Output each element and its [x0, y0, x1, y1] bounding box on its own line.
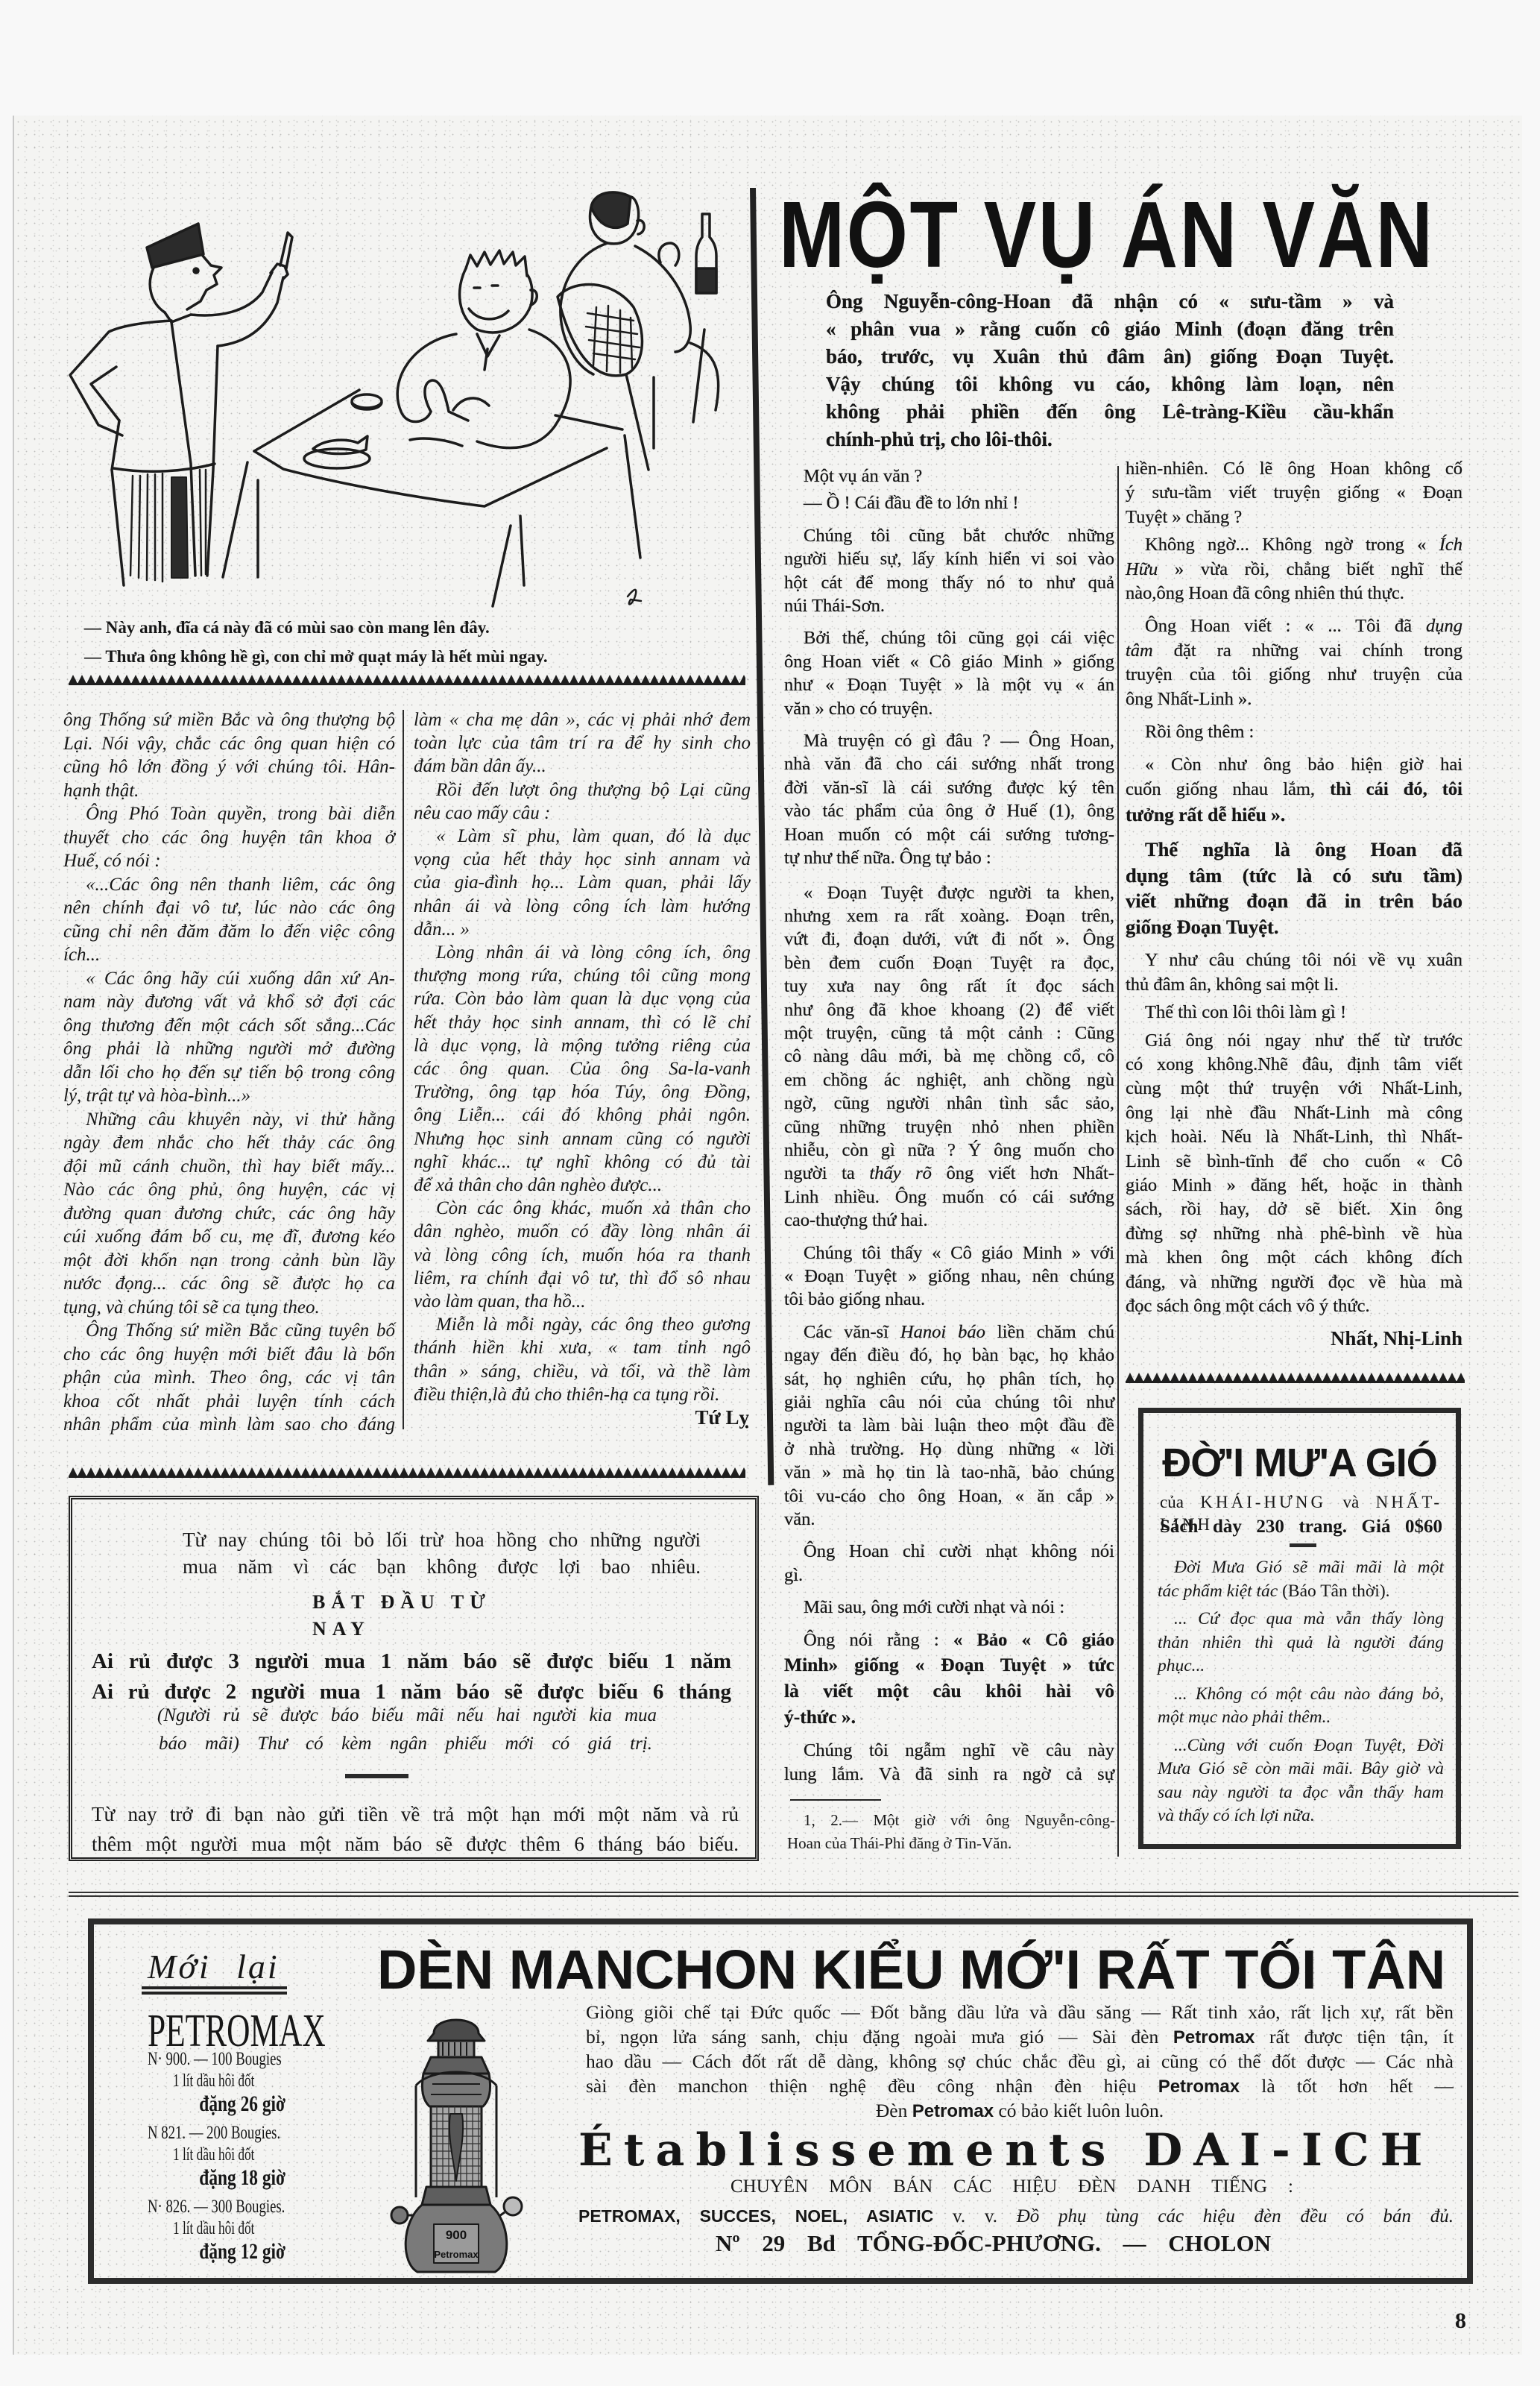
text-line: Vậy chúng tôi không vu cáo, không làm lo… — [826, 371, 1394, 398]
text-line: Chúng tôi thấy « Cô giáo Minh » với — [784, 1241, 1114, 1265]
text-line: Ông nói rằng : « Bảo « Cô giáo — [784, 1628, 1114, 1652]
text-line: Trường, ông tạp hóa Túy, ông Đồng, — [414, 1080, 751, 1104]
book-title: ĐỜ'I MƯ'A GIÓ — [1143, 1443, 1456, 1483]
cartoon-illustration — [60, 119, 745, 619]
text-line: nêu cao mấy câu : — [414, 802, 751, 825]
cartoon-caption: — Này anh, đĩa cá này đã có mùi sao còn … — [84, 613, 548, 671]
text-line: không phải phiền đến ông Lê-tràng-Kiều c… — [826, 398, 1394, 426]
text-line: ông phải là những người mở đường — [63, 1037, 395, 1061]
text-line: Hoan muốn có một cái sướng tương- — [784, 823, 1114, 846]
text-line: nhân phẩm của mình làm sao cho đáng — [63, 1413, 395, 1437]
text-line: PETROMAX, SUCCES, NOEL, ASIATIC v. v. Đồ… — [578, 2204, 1454, 2229]
text-line: nên chính đại vô tư, lúc nào các ông — [63, 896, 395, 920]
text-line: thủ đâm ân, không sai một li. — [1126, 973, 1462, 997]
text-line: cũng chỉ nên đăm đăm lo đến việc công — [63, 920, 395, 944]
text-line: Hữu » vừa rồi, chẳng biết nghĩ thế — [1126, 558, 1462, 582]
text-line: văn » cho có truyện. — [784, 697, 1114, 720]
text-line: khoa cốt nhất phải luyện tính cách — [63, 1390, 395, 1414]
text-line: của gia-đình họ... Làm quan, phải lấy — [414, 871, 751, 894]
text-line: « Đoạn Tuyệt được người ta khen, — [784, 881, 1114, 904]
text-line: nhà văn đã cho cái sướng nhất trong — [784, 752, 1114, 775]
text-line: nào,ông Hoan đã công nhiên thú thực. — [1126, 582, 1462, 605]
text-line: thuyết cho các ông huyện tân khoa ở — [63, 826, 395, 850]
text-line: cúi xuống đám bố cu, mẹ đĩ, đương kéo — [63, 1225, 395, 1249]
model-duration: đặng 18 giờ — [178, 2166, 285, 2190]
model-item: N· 900. — 100 Bougies 1 lít dầu hôi đốt … — [148, 2048, 285, 2116]
book-advertisement: ĐỜ'I MƯ'A GIÓ của KHÁI-HƯNG và NHẤT-LINH… — [1138, 1408, 1461, 1849]
text-line: ông thương đến một cách sốt sắng...Các — [63, 1014, 395, 1038]
article-column-2: hiền-nhiên. Có lẽ ông Hoan không cốý sưu… — [1126, 457, 1462, 1318]
text-line: hiền-nhiên. Có lẽ ông Hoan không cố — [1126, 457, 1462, 481]
text-line: cao-thượng thứ hai. — [784, 1209, 1114, 1232]
text-line: ...Cùng với cuốn Đoạn Tuyệt, Đời — [1158, 1734, 1444, 1758]
text-line: dân nghèo, muốn có đầy lòng nhân ái — [414, 1220, 751, 1243]
model-spec: N· 900. — 100 Bougies — [148, 2048, 251, 2070]
text-line: Ông Hoan chỉ cười nhạt không nói — [784, 1540, 1114, 1563]
brand-name: PETROMAX — [148, 2008, 326, 2054]
article-title: MỘT VỤ ÁN VĂN — [779, 188, 1434, 282]
double-rule — [69, 1892, 1518, 1897]
text-line: Chúng tôi cũng bắt chước những — [784, 524, 1114, 547]
model-spec: N 821. — 200 Bougies. — [148, 2122, 251, 2144]
model-list: N· 900. — 100 Bougies 1 lít dầu hôi đốt … — [148, 2048, 285, 2264]
text-line: — Ồ ! Cái đầu đề to lớn nhỉ ! — [784, 491, 1114, 514]
text-line: sát, họ nghiên cứu, họ phân tích, họ — [784, 1367, 1114, 1391]
text-line: một mục nào phải thêm.. — [1158, 1706, 1444, 1730]
editorial-column-a: ông Thống sứ miền Bắc và ông thượng bộLạ… — [63, 708, 395, 1437]
text-line: hết thảy học sinh annam, thì có lẽ chỉ — [414, 1011, 751, 1034]
text-line: núi Thái-Sơn. — [784, 594, 1114, 617]
text-line: giáo Minh » đăng hết, hoặc in thành — [1126, 1174, 1462, 1197]
editorial-column-b: làm « cha mẹ dân », các vị phải nhớ đemt… — [414, 708, 751, 1406]
book-price: Sách dày 230 trang. Giá 0$60 — [1160, 1516, 1442, 1538]
text-line: báo, trước, vụ Xuân thủ đâm ân) giống Đo… — [826, 343, 1394, 371]
text-line: Ông Phó Toàn quyền, trong bài diễn — [63, 802, 395, 826]
text-line: có xong không.Nhẽ đâu, định tâm viết — [1126, 1053, 1462, 1077]
column-rule — [1117, 466, 1119, 1857]
text-line: Bởi thế, chúng tôi cũng gọi cái việc — [784, 626, 1114, 649]
text-line: « Đoạn Tuyệt » giống nhau, nên chúng — [784, 1265, 1114, 1288]
svg-text:900: 900 — [446, 2228, 467, 2242]
caption-line: — Này anh, đĩa cá này đã có mùi sao còn … — [84, 613, 548, 642]
zigzag-divider — [69, 1467, 745, 1478]
text-line: ... Cứ đọc qua mà vẫn thấy lòng — [1158, 1608, 1444, 1631]
text-line: Mà truyện có gì đâu ? — Ông Hoan, — [784, 729, 1114, 752]
text-line: Nào các ông phủ, ông huyện, các vị — [63, 1178, 395, 1202]
text-line: ông lại nhè đầu Nhất-Linh mà công — [1126, 1101, 1462, 1125]
text-line: Chúng tôi ngẫm nghĩ về câu này — [784, 1739, 1114, 1762]
text-line: nhiễu, còn gì nữa ? Ý ông muốn cho — [784, 1139, 1114, 1162]
text-line: thánh hiền khi xưa, « tam tỉnh ngô — [414, 1336, 751, 1359]
text-line: bỉ, ngọn lửa sáng sanh, chịu đặng ngoài … — [586, 2025, 1454, 2050]
text-line: phận của mình. Theo ông, các vị tân — [63, 1366, 395, 1390]
text-line: Miễn là mỗi ngày, các ông theo gương — [414, 1313, 751, 1336]
text-line: Ông Hoan viết : « ... Tôi đã dụng — [1126, 614, 1462, 638]
text-line: Ông Nguyễn-công-Hoan đã nhận có « sưu-tầ… — [826, 288, 1394, 315]
text-line: ý-thức ». — [784, 1704, 1114, 1730]
text-line: Các văn-sĩ Hanoi báo liền chăm chú — [784, 1321, 1114, 1344]
text-line: Giòng giõi chế tại Đức quốc — Đốt bằng d… — [586, 2001, 1454, 2025]
text-line: ông Liễn... cái đó không phải ngôn. — [414, 1104, 751, 1127]
text-line: ... Không có một câu nào đáng bỏ, — [1158, 1683, 1444, 1707]
text-line: là viết một câu khôi hài vô — [784, 1678, 1114, 1704]
text-line: và lòng công ích, muốn hóa ra thanh — [414, 1244, 751, 1267]
text-line: nghĩ khác... tự nghĩ không có đủ tài — [414, 1150, 751, 1174]
text-line: người ta thấy rõ ông viết hơn Nhất- — [784, 1162, 1114, 1185]
text-line: văn » mà họ tin là tao-nhã, bảo chúng — [784, 1461, 1114, 1484]
text-line: Linh sẽ bình-tĩnh để cho cuốn « Cô — [1126, 1150, 1462, 1174]
article-author: Nhất, Nhị-Linh — [1267, 1327, 1462, 1350]
notice-note-line: báo mãi) Thư có kèm ngân phiếu mới có gi… — [159, 1729, 652, 1759]
text-line: vứt đi, đoạn dưới, vứt đi nốt ». Ông — [784, 928, 1114, 951]
text-line: người hiếu sự, lấy kính hiển vi soi vào — [784, 547, 1114, 570]
model-item: N· 826. — 300 Bougies. 1 lít dầu hôi đốt… — [148, 2196, 285, 2264]
text-line: Huế, có nói : — [63, 849, 395, 873]
text-line: «...Các ông nên thanh liêm, các ông — [63, 873, 395, 897]
text-line: tôi bảo giống nhau. — [784, 1288, 1114, 1311]
text-line: đám bần dân ấy... — [414, 755, 751, 778]
pressure-lantern-illustration: 900 Petromax — [388, 2009, 525, 2276]
renewal-line: thêm một người mua một năm báo sẽ được t… — [92, 1829, 739, 1859]
zigzag-divider — [1126, 1373, 1465, 1383]
text-line: toàn lực của tâm trí ra để hy sinh cho — [414, 731, 751, 755]
text-line: người ta làm bài luận theo một đầu đề — [784, 1414, 1114, 1437]
text-line: sài đèn manchon thiện nghệ đều công nhận… — [586, 2074, 1454, 2100]
notice-intro-line: mua năm vì các bạn không được lợi bao nh… — [183, 1553, 701, 1580]
text-line: chính-phủ trị, cho lôi-thôi. — [826, 426, 1394, 453]
kicker-underline — [142, 1986, 287, 1995]
text-line: ở nhà trường. Họ dùng những « lời — [784, 1438, 1114, 1461]
text-line: tôi vu-cáo cho ông Hoan, « ăn cắp » — [784, 1485, 1114, 1508]
svg-text:Petromax: Petromax — [434, 2249, 479, 2260]
text-line: Giá ông nói ngay như thế từ trước — [1126, 1029, 1462, 1053]
column-rule — [403, 710, 404, 1429]
text-line: đội mũ cánh chuồn, thì hay biết mấy... — [63, 1155, 395, 1179]
text-line: cuốn giống nhau lắm, thì cái đó, tôi — [1126, 778, 1462, 802]
text-line: ngày đem nhắc cho hết thảy các ông — [63, 1131, 395, 1155]
text-line: một truyện, cũng tả một cảnh : Cũng — [784, 1022, 1114, 1045]
text-line: Minh» giống « Đoạn Tuyệt » tức — [784, 1652, 1114, 1678]
text-line: giống Đoạn Tuyệt. — [1126, 914, 1462, 940]
text-line: em chồng ác nghiệt, anh chồng ngù — [784, 1068, 1114, 1092]
model-fuel: 1 lít dầu hôi đốt — [173, 2070, 254, 2092]
page-number: 8 — [1455, 2310, 1466, 2332]
text-line: dẫn... » — [414, 918, 751, 941]
model-duration: đặng 12 giờ — [178, 2240, 285, 2264]
text-line: Mưa Gió sẽ còn mãi mãi. Bây giờ và — [1158, 1757, 1444, 1781]
subscription-notice-box: Từ nay chúng tôi bỏ lối trừ hoa hồng cho… — [69, 1496, 759, 1861]
article-intro: Ông Nguyễn-công-Hoan đã nhận có « sưu-tầ… — [826, 288, 1394, 453]
text-line: « phân vua » rằng cuốn cô giáo Minh (đoạ… — [826, 315, 1394, 343]
text-line: cũng những truyện nhỏ nhen phiền — [784, 1115, 1114, 1139]
text-line: thân » sáng, chiều, và tối, và thề làm — [414, 1360, 751, 1383]
text-line: tụng, và chúng tôi sẽ ca tụng theo. — [63, 1296, 395, 1320]
text-line: cho các ông huyện mới biết đâu là bổn — [63, 1343, 395, 1367]
text-line: đường quan đương chức, các ông hãy — [63, 1202, 395, 1226]
text-line: Lại. Nói vậy, chắc các ông quan hiện có — [63, 732, 395, 756]
ornament-bar — [1290, 1543, 1316, 1547]
brands-line: PETROMAX, SUCCES, NOEL, ASIATIC v. v. Đồ… — [578, 2204, 1454, 2229]
model-item: N 821. — 200 Bougies. 1 lít dầu hôi đốt … — [148, 2122, 285, 2190]
text-line: hạnh thật. — [63, 779, 395, 803]
notice-heading: BẮT ĐẦU TỪ NAY — [312, 1589, 536, 1643]
text-line: truyện của tôi giống như truyện của — [1126, 663, 1462, 687]
text-line: tuy xưa nay ông rất ít đọc sách — [784, 975, 1114, 998]
ad-body: Giòng giõi chế tại Đức quốc — Đốt bằng d… — [586, 2001, 1454, 2124]
text-line: ích... — [63, 943, 395, 967]
text-line: tưởng rất dễ hiểu ». — [1126, 802, 1462, 828]
text-line: Rồi đến lượt ông thượng bộ Lại cũng — [414, 778, 751, 802]
text-line: là dục vọng, là mộng tưởng riêng của — [414, 1034, 751, 1057]
text-line: Linh nhiều. Ông muốn có cái sướng — [784, 1186, 1114, 1209]
text-line: nam này đương vất vả khổ sở đợi các — [63, 990, 395, 1014]
model-duration: đặng 26 giờ — [178, 2092, 285, 2116]
company-name: Établissements DAI-ICH — [578, 2124, 1433, 2176]
text-line: dụng tâm (tức là có sưu tầm) — [1126, 863, 1462, 889]
text-line: tự như thế nữa. Ông tự bảo : — [784, 846, 1114, 869]
text-line: sau này người ta đọc vẫn thấy ham — [1158, 1781, 1444, 1805]
text-line: làm « cha mẹ dân », các vị phải nhớ đem — [414, 708, 751, 731]
text-line: Y như câu chúng tôi nói về vụ xuân — [1126, 948, 1462, 972]
text-line: Những câu khuyên này, vi thử hằng — [63, 1108, 395, 1132]
text-line: Ông Thống sứ miền Bắc cũng tuyên bố — [63, 1319, 395, 1343]
text-line: gì. — [784, 1564, 1114, 1587]
text-line: Đời Mưa Gió sẽ mãi mãi là một — [1158, 1556, 1444, 1580]
text-line: tác phẩm kiệt tác (Báo Tân thời). — [1158, 1580, 1444, 1604]
text-line: Tuyệt » chăng ? — [1126, 506, 1462, 529]
text-line: đừng sợ những nhà phê-bình về hùa — [1126, 1222, 1462, 1246]
text-line: như ông đã khoe khoang (2) để viết — [784, 998, 1114, 1022]
text-line: nước đọng... các ông sẽ được họ ca — [63, 1272, 395, 1296]
article-column-1: Một vụ án văn ?— Ồ ! Cái đầu đề to lớn n… — [784, 465, 1114, 1786]
text-line: hao dầu — Cách đốt rất dễ dàng, không sợ… — [586, 2050, 1454, 2074]
text-line: kịch hoài. Nếu là Nhất-Linh, thì Nhất- — [1126, 1125, 1462, 1149]
ad-headline: DÈN MANCHON KIỂU MỚ'I RẤT TỐI TÂN — [377, 1942, 1445, 1998]
text-line: cũng hô lớn đồng ý với chúng tôi. Hân- — [63, 755, 395, 779]
text-line: Đèn Petromax có bảo kiết luôn luôn. — [586, 2099, 1454, 2124]
text-line: điều thiện,là đủ cho thiên-hạ ca tụng rồ… — [414, 1383, 751, 1406]
text-line: một đời khốn nạn trong cảnh bùn lầy — [63, 1249, 395, 1273]
text-line: vào tác phẩm của ông ở Huế (1), ông — [784, 799, 1114, 822]
text-line: Nhưng học sinh annam cũng có người — [414, 1127, 751, 1150]
text-line: Mãi sau, ông mới cười nhạt và nói : — [784, 1596, 1114, 1619]
text-line: ông Nhất-Linh ». — [1126, 687, 1462, 711]
text-line: tâm đặt ra những vai chính trong — [1126, 639, 1462, 663]
text-line: Không ngờ... Không ngờ trong « Ích — [1126, 533, 1462, 557]
renewal-line: Từ nay trở đi bạn nào gửi tiền về trả mộ… — [92, 1799, 739, 1829]
notice-note-line: (Người rủ sẽ được báo biếu mãi nếu hai n… — [157, 1702, 657, 1729]
text-line: cô nàng dâu mới, bà mẹ chồng cổ, cô — [784, 1045, 1114, 1068]
text-line: Lòng nhân ái và lòng công ích, ông — [414, 941, 751, 964]
text-line: mà khen ông một cách không đích — [1126, 1246, 1462, 1270]
ornament-bar — [345, 1774, 408, 1778]
text-line: « Còn như ông bảo hiện giờ hai — [1126, 753, 1462, 777]
footnote-rule — [790, 1799, 881, 1801]
text-line: lý, trật tự và hòa-bình...» — [63, 1084, 395, 1108]
text-line: Hoan của Thái-Phỉ đăng ở Tin-Văn. — [787, 1832, 1115, 1855]
text-line: ngờ, cũng người nhân tình sắc sảo, — [784, 1092, 1114, 1115]
text-line: lung lắm. Và đã sinh ra ngờ cả sự — [784, 1763, 1114, 1786]
caption-line: — Thưa ông không hề gì, con chỉ mở quạt … — [84, 642, 548, 671]
text-line: nhân ái và lòng công ích làm hướng — [414, 895, 751, 918]
text-line: dẫn lối cho họ đến sự tiến bộ trong công — [63, 1061, 395, 1085]
text-line: bèn đem cuốn Đoạn Tuyệt ra đọc, — [784, 951, 1114, 975]
text-line: ông Thống sứ miền Bắc và ông thượng bộ — [63, 708, 395, 732]
text-line: đáng, và những người đọc về hùa mà — [1126, 1271, 1462, 1294]
company-specialty: CHUYÊN MÔN BÁN CÁC HIỆU ĐÈN DANH TIẾNG : — [730, 2175, 1293, 2199]
text-line: đời văn-sĩ là cái sướng được ký tên — [784, 776, 1114, 799]
text-line: « Làm sĩ phu, làm quan, đó là dục — [414, 825, 751, 848]
zigzag-divider — [69, 675, 745, 685]
text-line: Thế thì con lôi thôi làm gì ! — [1126, 1001, 1462, 1024]
text-line: văn. — [784, 1508, 1114, 1531]
offer-line: Ai rủ được 3 người mua 1 năm báo sẽ được… — [92, 1646, 731, 1677]
article-footnote: 1, 2.— Một giờ với ông Nguyễn-công-Hoan … — [787, 1809, 1115, 1855]
editorial-author: Tứ Lỵ — [596, 1406, 749, 1429]
text-line: và thấy có ích lợi nữa. — [1158, 1804, 1444, 1828]
text-line: đọc sách ông một cách vô ý thức. — [1126, 1294, 1462, 1318]
model-spec: N· 826. — 300 Bougies. — [148, 2196, 251, 2217]
company-address: Nº 29 Bd TỔNG-ĐỐC-PHƯƠNG. — CHOLON — [716, 2230, 1271, 2257]
text-line: Một vụ án văn ? — [784, 465, 1114, 488]
text-line: ngay đến điều đó, họ bàn bạc, họ khảo — [784, 1344, 1114, 1367]
text-line: Còn các ông khác, muốn xả thân cho — [414, 1197, 751, 1220]
text-line: nhưng xem ra rất xoàng. Đoạn trên, — [784, 904, 1114, 928]
notice-intro-line: Từ nay chúng tôi bỏ lối trừ hoa hồng cho… — [183, 1526, 701, 1553]
text-line: giải nghĩa câu nói của chúng tôi như — [784, 1391, 1114, 1414]
model-fuel: 1 lít dầu hôi đốt — [173, 2144, 254, 2166]
text-line: vọng của hết thảy học sinh annam và — [414, 848, 751, 871]
text-line: Thế nghĩa là ông Hoan đã — [1126, 837, 1462, 863]
text-line: viết những đoạn đã in trên báo — [1126, 888, 1462, 914]
text-line: thản nhiên thì quả là người đáng — [1158, 1631, 1444, 1655]
text-line: thượng mong rứa, chúng tôi cũng mong — [414, 964, 751, 987]
text-line: để xả thân cho dân nghèo được... — [414, 1174, 751, 1197]
text-line: phục... — [1158, 1655, 1444, 1678]
text-line: các ông quan. Của ông Sa-la-vanh — [414, 1057, 751, 1080]
text-line: « Các ông hãy cúi xuống dân xứ An- — [63, 967, 395, 991]
text-line: rứa. Còn bảo làm quan là dục vọng của — [414, 987, 751, 1010]
text-line: cùng một thứ truyện với Nhất-Linh, — [1126, 1077, 1462, 1101]
text-line: ông Hoan viết « Cô giáo Minh » giống — [784, 650, 1114, 673]
text-line: vào làm quan, tha hồ... — [414, 1290, 751, 1313]
text-line: ý sưu-tầm viết truyện giống « Đoạn — [1126, 481, 1462, 505]
text-line: hột cát để mong thấy nó to như quả — [784, 571, 1114, 594]
text-line: 1, 2.— Một giờ với ông Nguyễn-công- — [787, 1809, 1115, 1832]
petromax-lamp-advertisement: Mới lại PETROMAX N· 900. — 100 Bougies 1… — [88, 1918, 1473, 2284]
text-line: liêm, ra chính đại vô tư, thì đổ sô nhau — [414, 1267, 751, 1290]
text-line: Rồi ông thêm : — [1126, 720, 1462, 744]
text-line: sách, rồi hay, dở sẽ biết. Xin ông — [1126, 1197, 1462, 1221]
text-line: như « Đoạn Tuyệt » là một vụ « án — [784, 673, 1114, 696]
model-fuel: 1 lít dầu hôi đốt — [173, 2217, 254, 2240]
ad-kicker: Mới lại — [148, 1948, 280, 1986]
book-review-quotes: Đời Mưa Gió sẽ mãi mãi là mộttác phẩm ki… — [1158, 1556, 1444, 1828]
